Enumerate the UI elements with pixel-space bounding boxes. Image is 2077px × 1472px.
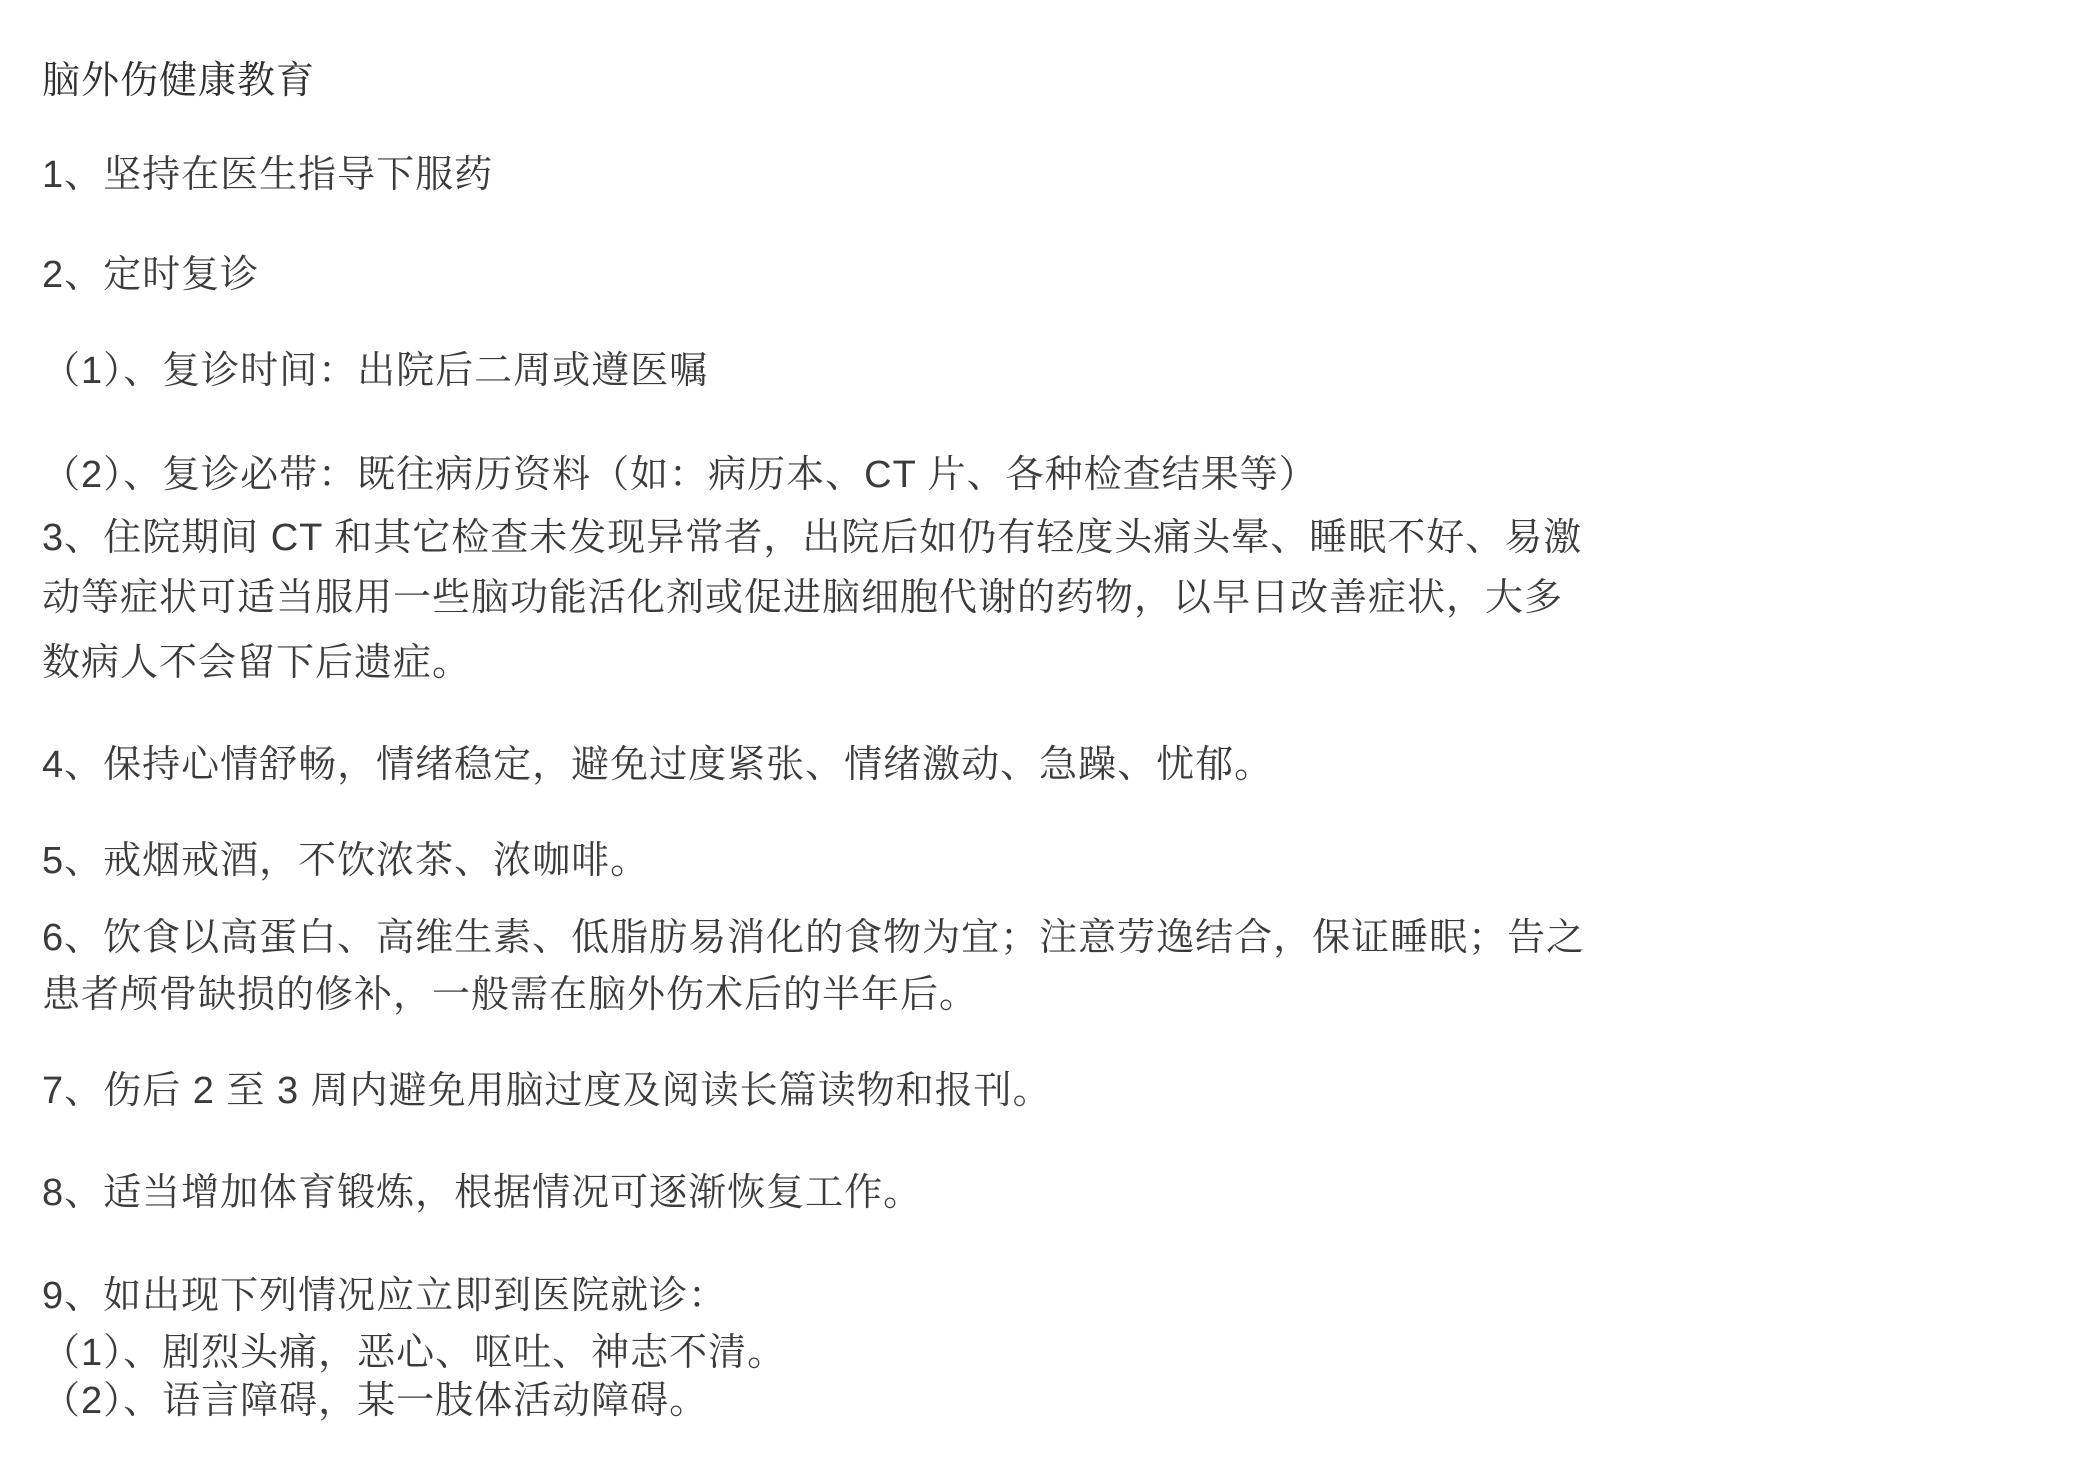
list-item-7: 7、伤后 2 至 3 周内避免用脑过度及阅读长篇读物和报刊。 (42, 1067, 2037, 1115)
list-item-3-line-3: 数病人不会留下后遗症。 (42, 639, 2037, 687)
list-item-4: 4、保持心情舒畅，情绪稳定，避免过度紧张、情绪激动、急躁、忧郁。 (42, 741, 2037, 789)
list-item-1: 1、坚持在医生指导下服药 (42, 151, 2037, 199)
item-2-subitem-1: （1）、复诊时间：出院后二周或遵医嘱 (42, 347, 2037, 395)
list-item-9: 9、如出现下列情况应立即到医院就诊： (42, 1272, 2037, 1320)
document-title: 脑外伤健康教育 (42, 57, 2037, 105)
list-item-5: 5、戒烟戒酒，不饮浓茶、浓咖啡。 (42, 837, 2037, 885)
list-item-2: 2、定时复诊 (42, 251, 2037, 299)
item-2-subitem-2: （2）、复诊必带：既往病历资料（如：病历本、CT 片、各种检查结果等） (42, 451, 2037, 499)
item-9-subitem-2: （2）、语言障碍，某一肢体活动障碍。 (42, 1377, 2037, 1425)
list-item-8: 8、适当增加体育锻炼，根据情况可逐渐恢复工作。 (42, 1169, 2037, 1217)
item-9-subitem-1: （1）、剧烈头痛，恶心、呕吐、神志不清。 (42, 1329, 2037, 1377)
list-item-6-line-1: 6、饮食以高蛋白、高维生素、低脂肪易消化的食物为宜；注意劳逸结合，保证睡眠；告之 (42, 914, 2037, 962)
document-page: 脑外伤健康教育 1、坚持在医生指导下服药 2、定时复诊 （1）、复诊时间：出院后… (0, 0, 2077, 1472)
list-item-6-line-2: 患者颅骨缺损的修补，一般需在脑外伤术后的半年后。 (42, 971, 2037, 1019)
list-item-3-line-1: 3、住院期间 CT 和其它检查未发现异常者，出院后如仍有轻度头痛头晕、睡眠不好、… (42, 514, 2037, 562)
list-item-3-line-2: 动等症状可适当服用一些脑功能活化剂或促进脑细胞代谢的药物，以早日改善症状，大多 (42, 574, 2037, 622)
